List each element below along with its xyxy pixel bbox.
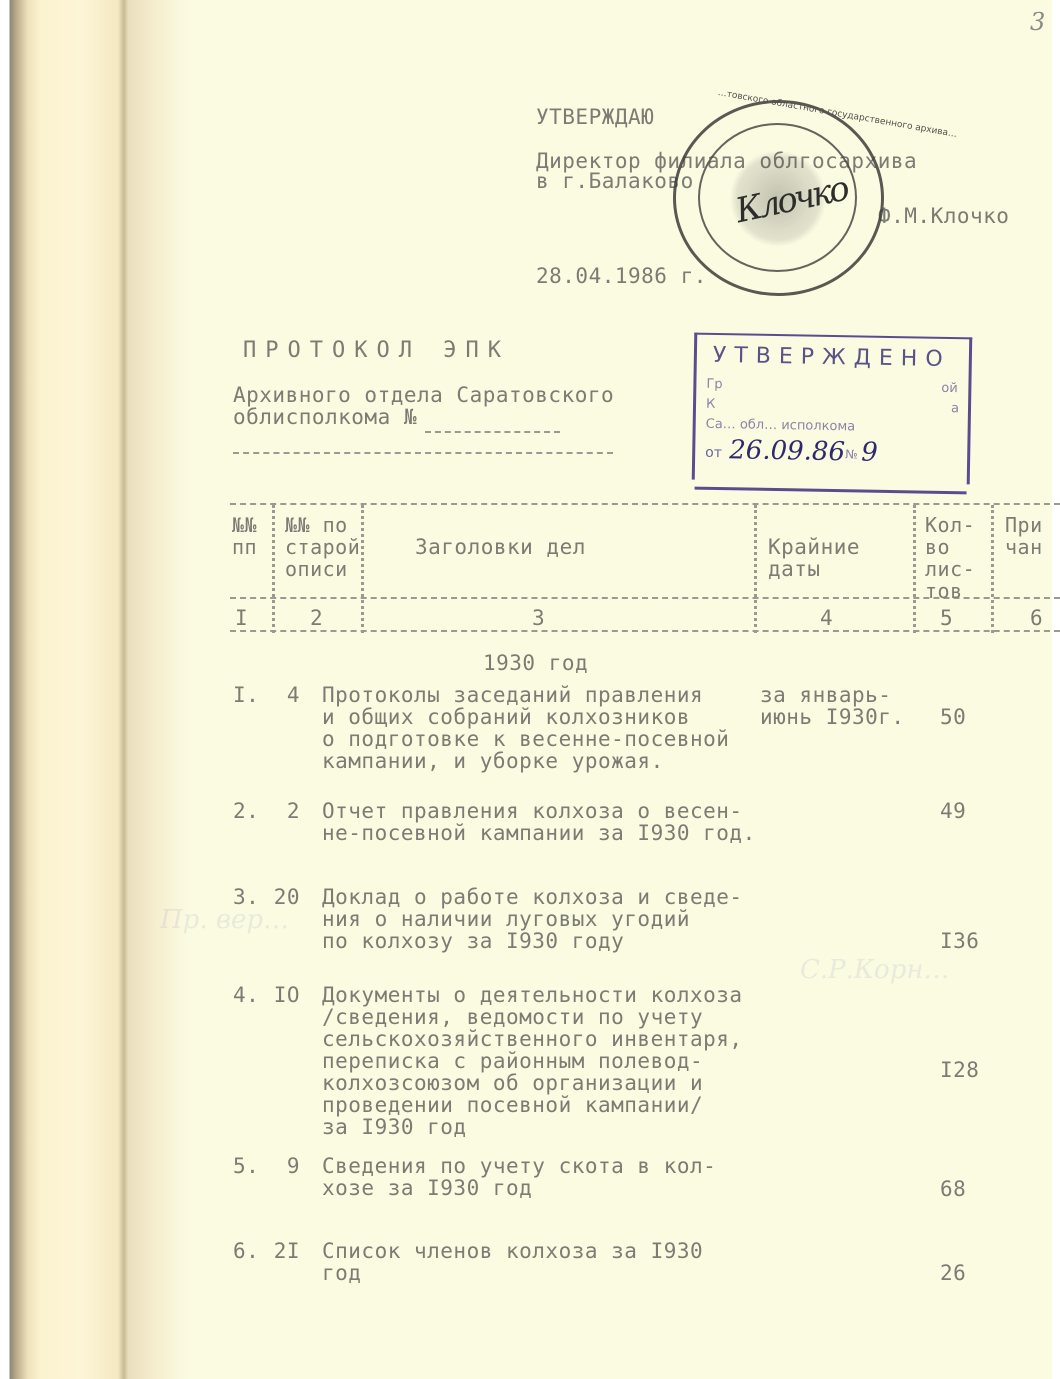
row-old-number: 4: [270, 684, 300, 706]
row-old-number: 20: [266, 886, 300, 908]
column-divider: [272, 505, 275, 633]
column-number: 3: [532, 607, 545, 629]
column-divider: [913, 505, 916, 633]
column-divider: [361, 505, 364, 633]
header-no: №№ пп: [232, 514, 257, 558]
approval-date: 28.04.1986 г.: [536, 265, 707, 287]
header-titles: Заголовки дел: [415, 536, 586, 558]
header-dates: Крайние даты: [768, 536, 860, 580]
table-number-rule: [230, 630, 1060, 632]
row-title: Сведения по учету скота в кол- хозе за I…: [322, 1155, 716, 1199]
stamp-number: 9: [861, 438, 878, 468]
stamp-title: УТВЕРЖДЕНО: [713, 343, 951, 372]
number-blank-line: [425, 431, 560, 433]
row-title: Отчет правления колхоза о весен- не-посе…: [322, 800, 756, 844]
column-number: 5: [940, 607, 953, 629]
column-divider: [991, 505, 994, 633]
document-subtitle: Архивного отдела Саратовского: [233, 384, 614, 406]
stamp-bottom-line: [695, 487, 967, 495]
column-number: I: [235, 607, 248, 629]
column-divider: [754, 505, 757, 633]
approver-name: Ф.М.Клочко: [878, 205, 1009, 227]
row-title: Протоколы заседаний правления и общих со…: [322, 684, 729, 772]
row-sheets: 50: [940, 706, 966, 728]
page-fold-shadow: [128, 0, 188, 1379]
approval-heading: УТВЕРЖДАЮ: [536, 106, 654, 128]
row-number: 5.: [233, 1155, 259, 1177]
book-binding-gutter: [0, 0, 128, 1379]
row-title: Документы о деятельности колхоза /сведен…: [322, 984, 743, 1138]
row-title: Список членов колхоза за I930 год: [322, 1240, 703, 1284]
stamp-number-label: №: [845, 447, 858, 461]
table-top-rule: [230, 503, 1060, 505]
stamp-line: ой: [941, 381, 958, 396]
section-heading: 1930 год: [483, 652, 588, 674]
document-subtitle-2: облисполкома №: [233, 406, 417, 428]
page-number: 3: [1030, 8, 1045, 36]
row-dates: за январь- июнь I930г.: [760, 684, 905, 728]
row-sheets: 49: [940, 800, 966, 822]
document-title: ПРОТОКОЛ ЭПК: [243, 340, 510, 362]
approval-stamp: УТВЕРЖДЕНО Гр ой К а Са… обл… исполкома …: [692, 333, 973, 485]
row-old-number: 9: [270, 1155, 300, 1177]
stamp-line: Гр: [706, 377, 722, 392]
row-number: 2.: [233, 800, 259, 822]
row-title: Доклад о работе колхоза и сведе- ния о н…: [322, 886, 743, 952]
row-number: I.: [233, 684, 259, 706]
approval-city: в г.Балаково: [536, 170, 694, 192]
row-sheets: I28: [940, 1059, 979, 1081]
scan-edge: [1052, 0, 1060, 1379]
row-sheets: I36: [940, 930, 979, 952]
header-notes: При чан: [1005, 514, 1043, 558]
stamp-line: Са… обл… исполкома: [706, 417, 856, 435]
row-number: 4.: [233, 984, 259, 1006]
row-number: 6.: [233, 1240, 259, 1262]
column-number: 6: [1030, 607, 1043, 629]
column-number: 2: [310, 607, 323, 629]
stamp-from-label: от: [705, 445, 722, 461]
bleed-through-text: Пр. вер…: [160, 905, 289, 935]
row-old-number: 2: [270, 800, 300, 822]
separator-line: [233, 452, 613, 454]
row-sheets: 26: [940, 1262, 966, 1284]
stamp-date: 26.09.86: [729, 435, 845, 467]
stamp-line: а: [951, 401, 959, 416]
stamp-line: К: [706, 397, 715, 412]
column-number: 4: [820, 607, 833, 629]
row-sheets: 68: [940, 1178, 966, 1200]
row-old-number: IO: [266, 984, 300, 1006]
bleed-through-text: С.Р.Корн…: [800, 955, 949, 985]
row-old-number: 2I: [266, 1240, 300, 1262]
row-number: 3.: [233, 886, 259, 908]
header-sheets: Кол- во лис- тов: [925, 514, 975, 602]
header-old-no: №№ по старой описи: [285, 514, 360, 580]
